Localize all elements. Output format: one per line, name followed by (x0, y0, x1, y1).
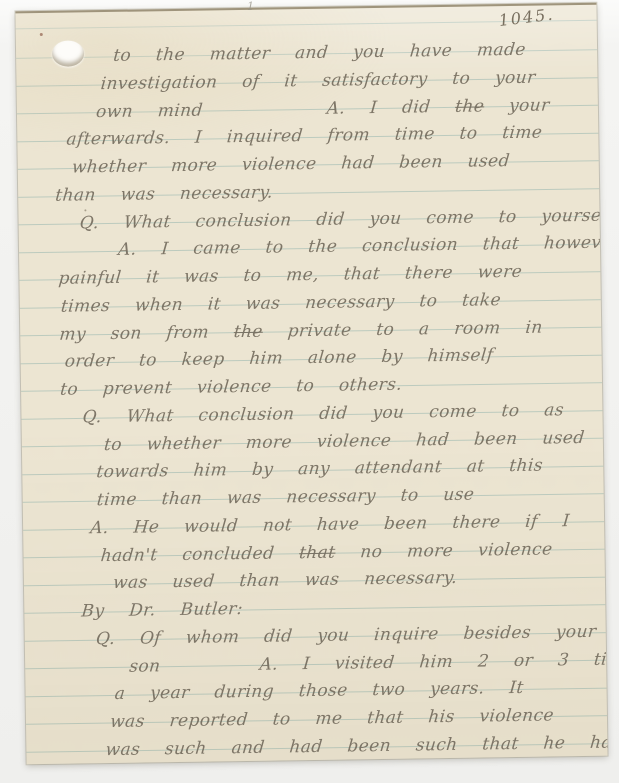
page-number: 1045. (498, 5, 556, 31)
handwriting-line: towards him by any attendant at this (95, 455, 543, 484)
punch-hole (52, 40, 84, 66)
handwriting-line: painful it was to me, that there were (58, 261, 524, 290)
edge-artifact: 1 (247, 0, 254, 13)
handwriting-line: whether more violence had been used (71, 150, 511, 179)
handwriting-line: order to keep him alone by himself (64, 345, 495, 373)
handwriting-line: my son from the private to a room in (58, 316, 543, 345)
handwriting-line: than was necessary. (54, 181, 274, 206)
handwriting-line: A. He would not have been there if I (89, 510, 570, 539)
struck-word: the (454, 96, 485, 116)
handwriting-line: afterwards. I inquired from time to time (66, 122, 544, 151)
handwriting-line: Q. What conclusion did you come to yours… (79, 204, 608, 234)
handwriting-line: a year during those two years. It (114, 677, 525, 705)
handwriting-line: times when it was necessary to take (60, 289, 502, 318)
handwriting-line: was used than was necessary. (112, 567, 458, 594)
handwriting-line: to the matter and you have made (112, 39, 526, 67)
handwriting-line: to whether more violence had been used (103, 426, 586, 455)
handwriting-line: Q. What conclusion did you come to as (82, 399, 565, 428)
paper-speck (40, 33, 43, 36)
handwriting-line: to prevent violence to others. (59, 374, 403, 401)
paper-speck (84, 209, 86, 211)
handwriting-line: time than was necessary to use (96, 484, 475, 512)
struck-word: the (233, 321, 264, 341)
manuscript-page: 1045. to the matter and you have madeinv… (15, 3, 607, 765)
handwriting-line: investigation of it satisfactory to your (100, 66, 537, 94)
scan-background: 1045. to the matter and you have madeinv… (0, 0, 619, 783)
handwriting-line: A. I came to the conclusion that however (117, 232, 607, 261)
struck-word: that (298, 542, 336, 563)
handwriting-line: hadn't concluded that no more violence (100, 538, 554, 567)
handwriting-line: Q. Of whom did you inquire besides your (95, 621, 597, 650)
handwriting-line: By Dr. Butler: (81, 598, 244, 622)
handwriting-line: was reported to me that his violence (109, 704, 555, 733)
handwriting-line: son A. I visited him 2 or 3 times (128, 648, 607, 678)
handwriting-line: was such and had been such that he had (105, 731, 608, 761)
handwriting-line: own mind A. I did the your (95, 94, 550, 123)
